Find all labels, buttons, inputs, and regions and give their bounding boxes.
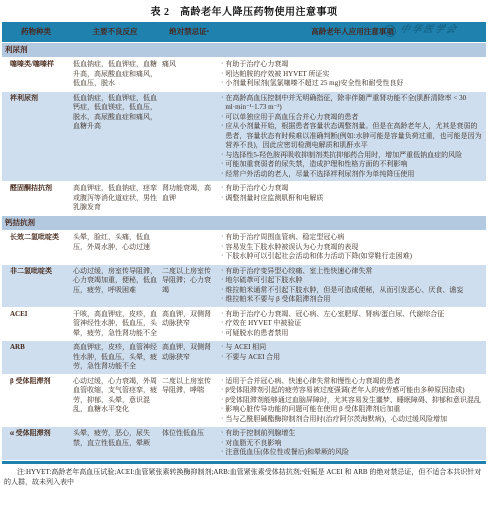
contraindications-cell: 痛风 <box>162 60 216 89</box>
precaution-item: ·地尔硫䓬可引起下肢水肿 <box>221 276 484 286</box>
table-row: 非二氢吡啶类心动过缓，房室传导阻滞，心力衰竭加重，便秘，低血压，疲劳，呼吸困难二… <box>2 265 486 308</box>
precaution-text: 有助于治疗心力衰竭 <box>225 60 288 70</box>
bullet-icon: · <box>221 405 223 415</box>
drug-name: 醛固酮拮抗剂 <box>4 184 68 213</box>
precaution-item: ·有助于控制前列腺增生 <box>221 429 484 439</box>
drug-name: α 受体阻滞剂 <box>4 429 68 458</box>
precautions-cell: ·适用于合并冠心病、快速心律失常和慢性心力衰竭的患者·β受体阻滞剂引起的疲劳容易… <box>221 377 484 425</box>
precaution-item: ·经常户外活动的老人，尽量不选择袢利尿剂作为单纯降压使用 <box>221 170 484 180</box>
bullet-icon: · <box>221 448 223 458</box>
precautions-cell: ·有助于治疗周围血管病、稳定型冠心病·容易发生下肢水肿被误认为心力衰竭的表现·下… <box>221 233 484 262</box>
table-row: 醛固酮拮抗剂高血钾症，低血钠症，痉挛或腹泻等消化道症状，男性乳腺发育肾功能衰竭，… <box>2 182 486 216</box>
precautions-cell: ·有助于治疗变异型心绞痛、室上性快速心律失常·地尔硫䓬可引起下肢水肿·维拉帕米通… <box>221 267 484 305</box>
contraindications-cell <box>162 94 216 180</box>
precaution-item: ·有助于治疗心力衰竭 <box>221 184 484 194</box>
precaution-item: ·与选择性5-羟色胺再吸收抑制剂类抗抑郁药合用时，增加严重低钠血症的风险 <box>221 151 484 161</box>
bullet-icon: · <box>221 343 223 352</box>
precaution-text: 有助于控制前列腺增生 <box>225 429 295 439</box>
contraindications-cell: 二度以上房室传导阻滞，哮喘 <box>162 377 216 425</box>
precaution-item: ·可疑脱水的患者禁用 <box>221 329 484 339</box>
precaution-text: 可能加重衰弱者的尿失禁，造成护理和性格方面的不利影响 <box>225 160 407 170</box>
bullet-icon: · <box>221 122 223 132</box>
contraindications-cell: 二度以上房室传导阻滞；心力衰竭 <box>162 267 216 305</box>
bullet-icon: · <box>221 328 223 338</box>
table-row: ARB高血钾症，皮疹，血管神经性水肿，低血压，头晕，疲劳，急性肾功能不全高血钾，… <box>2 341 486 375</box>
precaution-item: ·β受体阻滞剂引起的疲劳容易被过度强调(老年人的疲劳感可能由多种原因造成) <box>221 386 484 396</box>
precaution-text: 下肢水肿可以引起社会活动和体力活动下降(如穿鞋行走困难) <box>225 252 412 262</box>
bullet-icon: · <box>221 150 223 160</box>
precaution-text: 有助于治疗心力衰竭、冠心病、左心室肥厚、肾病/蛋白尿、代谢综合征 <box>225 310 444 320</box>
table-footnote: 注:HYVET:高龄老年高血压试验;ACEI:血管紧张素转换酶抑制剂;ARB:血… <box>4 467 484 487</box>
bullet-icon: · <box>221 252 223 262</box>
precaution-text: 维拉帕米不要与 β 受体阻滞剂合用 <box>225 295 330 305</box>
drug-name: 袢利尿剂 <box>4 94 68 180</box>
precaution-item: ·调整剂量时应监测肌酐和电解质 <box>221 194 484 204</box>
precaution-item: ·在高龄高血压控制中并无明确指征，除非伴随严重肾功能不全(肌酐清除率 < 30 … <box>221 94 484 113</box>
adverse-reactions-cell: 低血钠症，低血钾症，血糖升高，高尿酸血症和痛风，低血压，脱水 <box>73 60 157 89</box>
drug-name: 非二氢吡啶类 <box>4 267 68 305</box>
precaution-text: 与 ACEI 相同 <box>225 343 266 353</box>
column-header-precautions: 高龄老年人应用注意事项 <box>221 27 484 37</box>
precaution-item: ·下肢水肿可以引起社会活动和体力活动下降(如穿鞋行走困难) <box>221 252 484 262</box>
table-bottom-rule <box>2 461 486 464</box>
precaution-text: 影响心脏传导功能的问题可能在使用 β 受体阻滞剂后加重 <box>225 405 400 415</box>
bullet-icon: · <box>221 352 223 362</box>
precaution-text: β受体阻滞剂引起的疲劳容易被过度强调(老年人的疲劳感可能由多种原因造成) <box>225 386 464 396</box>
precaution-item: ·有助于治疗周围血管病、稳定型冠心病 <box>221 233 484 243</box>
precaution-text: 适用于合并冠心病、快速心律失常和慢性心力衰竭的患者 <box>225 377 400 387</box>
precaution-text: 有助于治疗周围血管病、稳定型冠心病 <box>225 233 344 243</box>
table-row: ACEI干咳，高血钾症，皮疹，血管神经性水肿，低血压，头晕，疲劳，急性肾功能不全… <box>2 308 486 342</box>
precaution-text: 在高龄高血压控制中并无明确指征，除非伴随严重肾功能不全(肌酐清除率 < 30 m… <box>225 94 484 113</box>
section-row: 钙拮抗剂 <box>2 216 486 232</box>
contraindications-cell: 高血钾，双侧肾动脉狭窄 <box>162 343 216 372</box>
precaution-text: 小剂量利尿剂(氢氯噻嗪不超过 25 mg)安全性和耐受性良好 <box>225 79 403 89</box>
table-title: 表 2 高龄老年人降压药物使用注意事项 <box>0 0 488 22</box>
column-header-drug-class: 药物种类 <box>4 27 68 37</box>
precaution-item: ·与 ACEI 相同 <box>221 343 484 353</box>
table-row: β 受体阻滞剂心动过缓，心力衰竭，外周血管收缩，支气管痉挛，疲劳，抑郁，头晕，意… <box>2 375 486 428</box>
precaution-text: 应从小剂量开始，根据患者容量状态调整剂量。但是在高龄老年人，尤其是衰弱的患者，容… <box>225 122 484 151</box>
precaution-text: 可疑脱水的患者禁用 <box>225 329 288 339</box>
precaution-text: 容易发生下肢水肿被误认为心力衰竭的表现 <box>225 243 358 253</box>
precaution-text: 维拉帕米通常不引起下肢水肿，但是可造成便秘，从而引发恶心、厌食、谵妄 <box>225 286 463 296</box>
bullet-icon: · <box>221 438 223 448</box>
contraindications-cell: 肾功能衰竭，高血钾 <box>162 184 216 213</box>
drug-precautions-table: 药物种类 主要不良反应 绝对禁忌证ᵃ 高龄老年人应用注意事项 中华医学会 利尿剂… <box>2 22 486 464</box>
precautions-cell: ·有助于治疗心力衰竭、冠心病、左心室肥厚、肾病/蛋白尿、代谢综合征·疗效在 HY… <box>221 310 484 339</box>
section-label: 利尿剂 <box>5 45 28 54</box>
bullet-icon: · <box>221 310 223 319</box>
precautions-cell: ·与 ACEI 相同·不要与 ACEI 合用 <box>221 343 484 372</box>
precaution-item: ·小剂量利尿剂(氢氯噻嗪不超过 25 mg)安全性和耐受性良好 <box>221 79 484 89</box>
precautions-cell: ·在高龄高血压控制中并无明确指征，除非伴随严重肾功能不全(肌酐清除率 < 30 … <box>221 94 484 180</box>
drug-name: 噻嗪类/噻嗪样 <box>4 60 68 89</box>
precautions-cell: ·有助于治疗心力衰竭·调整剂量时应监测肌酐和电解质 <box>221 184 484 213</box>
bullet-icon: · <box>221 242 223 252</box>
table-row: α 受体阻滞剂头晕，疲劳，恶心，尿失禁，直立性低血压，晕厥体位性低血压·有助于控… <box>2 427 486 461</box>
bullet-icon: · <box>221 79 223 89</box>
precaution-item: ·维拉帕米不要与 β 受体阻滞剂合用 <box>221 295 484 305</box>
precaution-item: ·可以单独应用于高血压合并心力衰竭的患者 <box>221 113 484 123</box>
precaution-item: ·吲达帕胺的疗效被 HYVET 所证实 <box>221 70 484 80</box>
bullet-icon: · <box>221 414 223 424</box>
precaution-item: ·β受体阻滞剂能够通过血脑屏障时，尤其容易发生噩梦、睡眠障碍、抑郁和意识混乱 <box>221 396 484 406</box>
precaution-item: ·可能加重衰弱者的尿失禁，造成护理和性格方面的不利影响 <box>221 160 484 170</box>
table-row: 长效二氢吡啶类头晕，脸红，头痛，低血压，外周水肿，心动过速·有助于治疗周围血管病… <box>2 231 486 265</box>
precaution-item: ·应从小剂量开始，根据患者容量状态调整剂量。但是在高龄老年人，尤其是衰弱的患者，… <box>221 122 484 151</box>
precaution-item: ·对血脂无不良影响 <box>221 439 484 449</box>
contraindications-cell: 高血钾，双侧肾动脉狭窄 <box>162 310 216 339</box>
precaution-text: 注意低血压(体位性或餐后)和晕厥的风险 <box>225 448 349 458</box>
precautions-cell: ·有助于治疗心力衰竭·吲达帕胺的疗效被 HYVET 所证实·小剂量利尿剂(氢氯噻… <box>221 60 484 89</box>
bullet-icon: · <box>221 395 223 405</box>
bullet-icon: · <box>221 69 223 79</box>
adverse-reactions-cell: 头晕，疲劳，恶心，尿失禁，直立性低血压，晕厥 <box>73 429 157 458</box>
precaution-item: ·影响心脏传导功能的问题可能在使用 β 受体阻滞剂后加重 <box>221 405 484 415</box>
bullet-icon: · <box>221 193 223 203</box>
precaution-text: 不要与 ACEI 合用 <box>225 353 280 363</box>
precaution-text: 对血脂无不良影响 <box>225 439 281 449</box>
drug-name: ACEI <box>4 310 68 339</box>
adverse-reactions-cell: 高血钾症，皮疹，血管神经性水肿，低血压，头晕，疲劳，急性肾功能不全 <box>73 343 157 372</box>
bullet-icon: · <box>221 112 223 122</box>
precaution-item: ·维拉帕米通常不引起下肢水肿，但是可造成便秘，从而引发恶心、厌食、谵妄 <box>221 286 484 296</box>
adverse-reactions-cell: 心动过缓，房室传导阻滞，心力衰竭加重，便秘，低血压，疲劳，呼吸困难 <box>73 267 157 305</box>
bullet-icon: · <box>221 377 223 386</box>
adverse-reactions-cell: 高血钾症，低血钠症，痉挛或腹泻等消化道症状，男性乳腺发育 <box>73 184 157 213</box>
precaution-text: 地尔硫䓬可引起下肢水肿 <box>225 276 302 286</box>
precaution-item: ·容易发生下肢水肿被误认为心力衰竭的表现 <box>221 243 484 253</box>
bullet-icon: · <box>221 276 223 286</box>
adverse-reactions-cell: 干咳，高血钾症，皮疹，血管神经性水肿，低血压，头晕，疲劳，急性肾功能不全 <box>73 310 157 339</box>
precaution-text: 有助于治疗变异型心绞痛、室上性快速心律失常 <box>225 267 372 277</box>
precaution-item: ·疗效在 HYVET 中被验证 <box>221 319 484 329</box>
precaution-text: 有助于治疗心力衰竭 <box>225 184 288 194</box>
adverse-reactions-cell: 头晕，脸红，头痛，低血压，外周水肿，心动过速 <box>73 233 157 262</box>
bullet-icon: · <box>221 233 223 242</box>
drug-name: ARB <box>4 343 68 372</box>
bullet-icon: · <box>221 429 223 438</box>
precaution-item: ·适用于合并冠心病、快速心律失常和慢性心力衰竭的患者 <box>221 377 484 387</box>
section-row: 利尿剂 <box>2 43 486 59</box>
table-row: 噻嗪类/噻嗪样低血钠症，低血钾症，血糖升高，高尿酸血症和痛风，低血压，脱水痛风·… <box>2 58 486 92</box>
section-label: 钙拮抗剂 <box>5 218 35 227</box>
precaution-item: ·有助于治疗心力衰竭 <box>221 60 484 70</box>
drug-name: 长效二氢吡啶类 <box>4 233 68 262</box>
precaution-item: ·有助于治疗心力衰竭、冠心病、左心室肥厚、肾病/蛋白尿、代谢综合征 <box>221 310 484 320</box>
precaution-text: 可以单独应用于高血压合并心力衰竭的患者 <box>225 113 358 123</box>
column-header-contraindications: 绝对禁忌证ᵃ <box>162 27 216 37</box>
precaution-text: 吲达帕胺的疗效被 HYVET 所证实 <box>225 70 329 80</box>
precaution-text: 当与乙酰胆碱酯酶抑制剂合用时(治疗阿尔茨海默病)，心动过缓风险增加 <box>225 415 447 425</box>
precaution-item: ·当与乙酰胆碱酯酶抑制剂合用时(治疗阿尔茨海默病)，心动过缓风险增加 <box>221 415 484 425</box>
bullet-icon: · <box>221 60 223 69</box>
bullet-icon: · <box>221 285 223 295</box>
precaution-text: 经常户外活动的老人，尽量不选择袢利尿剂作为单纯降压使用 <box>225 170 414 180</box>
bullet-icon: · <box>221 184 223 193</box>
adverse-reactions-cell: 低血钠症，低血钾症，低血钙症，低血镁症，低血压，脱水，高尿酸血症和痛风，血糖升高 <box>73 94 157 180</box>
contraindications-cell: 体位性低血压 <box>162 429 216 458</box>
bullet-icon: · <box>221 94 223 103</box>
precautions-cell: ·有助于控制前列腺增生·对血脂无不良影响·注意低血压(体位性或餐后)和晕厥的风险 <box>221 429 484 458</box>
precaution-text: β受体阻滞剂能够通过血脑屏障时，尤其容易发生噩梦、睡眠障碍、抑郁和意识混乱 <box>225 396 481 406</box>
table-header-row: 药物种类 主要不良反应 绝对禁忌证ᵃ 高龄老年人应用注意事项 中华医学会 <box>2 22 486 43</box>
precaution-item: ·注意低血压(体位性或餐后)和晕厥的风险 <box>221 448 484 458</box>
bullet-icon: · <box>221 160 223 170</box>
precaution-text: 疗效在 HYVET 中被验证 <box>225 319 301 329</box>
precaution-item: ·不要与 ACEI 合用 <box>221 353 484 363</box>
bullet-icon: · <box>221 319 223 329</box>
paper-table-figure: 表 2 高龄老年人降压药物使用注意事项 药物种类 主要不良反应 绝对禁忌证ᵃ 高… <box>0 0 488 525</box>
drug-name: β 受体阻滞剂 <box>4 377 68 425</box>
bullet-icon: · <box>221 295 223 305</box>
adverse-reactions-cell: 心动过缓，心力衰竭，外周血管收缩，支气管痉挛，疲劳，抑郁，头晕，意识混乱，血糖水… <box>73 377 157 425</box>
precaution-text: 与选择性5-羟色胺再吸收抑制剂类抗抑郁药合用时，增加严重低钠血症的风险 <box>225 151 462 161</box>
bullet-icon: · <box>221 267 223 276</box>
contraindications-cell <box>162 233 216 262</box>
precaution-item: ·有助于治疗变异型心绞痛、室上性快速心律失常 <box>221 267 484 277</box>
bullet-icon: · <box>221 386 223 396</box>
table-body: 利尿剂噻嗪类/噻嗪样低血钠症，低血钾症，血糖升高，高尿酸血症和痛风，低血压，脱水… <box>2 43 486 461</box>
table-row: 袢利尿剂低血钠症，低血钾症，低血钙症，低血镁症，低血压，脱水，高尿酸血症和痛风，… <box>2 92 486 183</box>
precaution-text: 调整剂量时应监测肌酐和电解质 <box>225 194 323 204</box>
column-header-adverse-reactions: 主要不良反应 <box>73 27 157 37</box>
bullet-icon: · <box>221 169 223 179</box>
